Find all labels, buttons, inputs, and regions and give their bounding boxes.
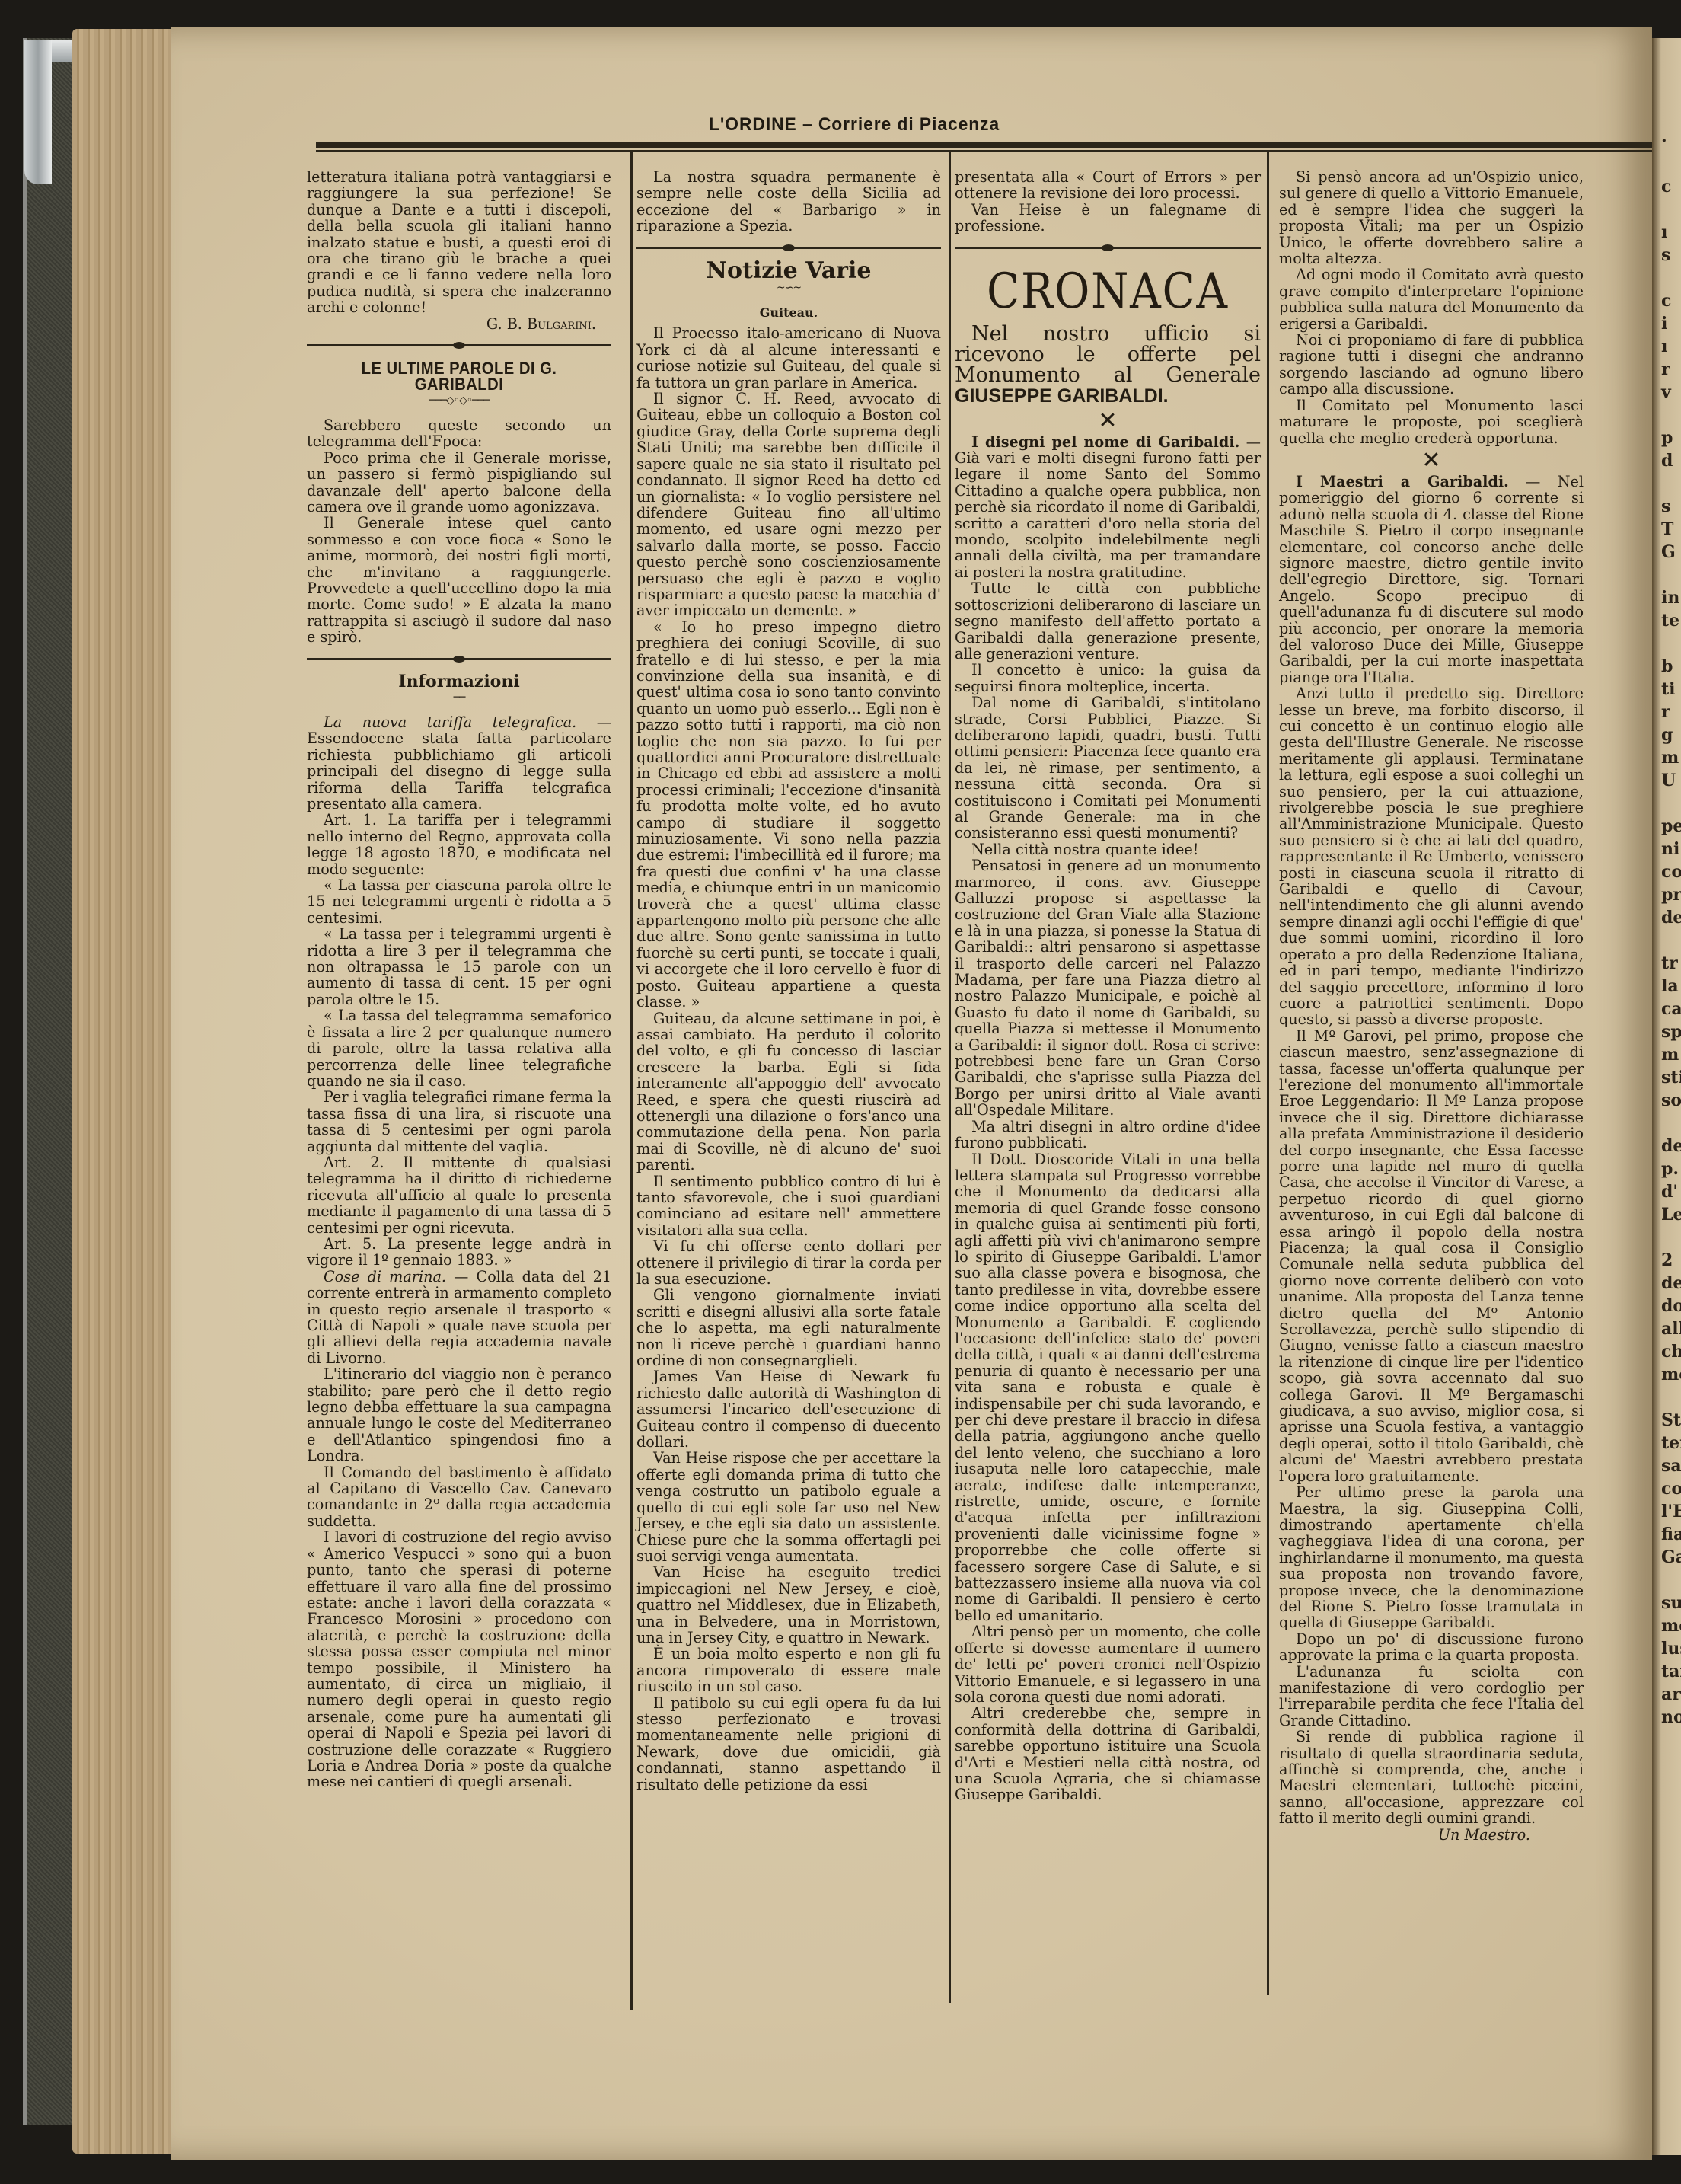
paragraph: Nella città nostra quante idee! (955, 841, 1261, 857)
article-title: LE ULTIME PAROLE DI G. GARIBALDI (319, 360, 599, 393)
paragraph: Il Dott. Dioscoride Vitali in una bella … (955, 1151, 1261, 1624)
section-divider (636, 247, 941, 249)
paragraph: Il Mº Garovi, pel primo, propose che cia… (1279, 1028, 1584, 1484)
column-3: presentata alla « Court of Errors » per … (955, 169, 1261, 1803)
section-title: Informazioni (307, 674, 611, 690)
paragraph: Ma altri disegni in altro ordine d'idee … (955, 1119, 1261, 1151)
section-divider (307, 658, 611, 660)
adjacent-page-edge: · c ı s c i ı r v p d s T G in te b ti r… (1652, 38, 1681, 2155)
paragraph: Art. 5. La presente legge andrà in vigor… (307, 1236, 611, 1269)
paragraph: Altri pensò per un momento, che colle of… (955, 1624, 1261, 1705)
cross-separator-icon: ✕ (955, 410, 1261, 433)
paragraph: « La tassa per i telegrammi urgenti è ri… (307, 926, 611, 1007)
paragraph: « La tassa del telegramma semaforico è f… (307, 1007, 611, 1089)
paragraph: presentata alla « Court of Errors » per … (955, 169, 1261, 202)
paragraph: Il Comando del bastimento è affidato al … (307, 1464, 611, 1530)
paragraph: Gli vengono giornalmente inviati scritti… (636, 1287, 941, 1368)
paragraph: Il sentimento pubblico contro di lui è t… (636, 1173, 941, 1239)
paragraph: Van Heise è un falegname di professione. (955, 202, 1261, 235)
section-divider (307, 344, 611, 346)
column-divider (630, 152, 633, 2010)
paragraph: Dal nome di Garibaldi, s'intitolano stra… (955, 694, 1261, 841)
metal-corner-clip-side (24, 40, 52, 184)
paragraph: La nuova tariffa telegrafica. — Essendoc… (307, 714, 611, 812)
paragraph: Altri crederebbe che, sempre in conformi… (955, 1705, 1261, 1802)
paragraph: Ad ogni modo il Comitato avrà questo gra… (1279, 267, 1584, 332)
column-1: letteratura italiana potrà vantaggiarsi … (307, 169, 611, 1790)
paragraph: Il Generale intese quel canto sommesso e… (307, 515, 611, 645)
section-divider (955, 247, 1261, 249)
ornament: ── (307, 691, 611, 704)
paragraph: Il Proeesso italo-americano di Nuova Yor… (636, 325, 941, 391)
column-divider (949, 152, 951, 2003)
paragraph: L'itinerario del viaggio non è peranco s… (307, 1366, 611, 1464)
paragraph: L'adunanza fu sciolta con manifestazione… (1279, 1664, 1584, 1729)
adjacent-page-text: · c ı s c i ı r v p d s T G in te b ti r… (1661, 129, 1681, 1729)
paragraph: Tutte le città con pubbliche sottoscrizi… (955, 580, 1261, 662)
paragraph: Per ultimo prese la parola una Maestra, … (1279, 1484, 1584, 1631)
paragraph: Cose di marina. — Colla data del 21 corr… (307, 1269, 611, 1366)
header-rule-thick (316, 142, 1652, 148)
article-subtitle: Guiteau. (636, 305, 941, 321)
paragraph: I Maestri a Garibaldi. — Nel pomeriggio … (1279, 474, 1584, 685)
header-rule-thin (316, 150, 1652, 152)
donation-notice: Nel nostro ufficio si ricevono le offert… (955, 324, 1261, 407)
paragraph: Il concetto è unico: la guisa da seguirs… (955, 662, 1261, 694)
paragraph: Noi ci proponiamo di fare di pubblica ra… (1279, 332, 1584, 398)
paragraph: Si rende di pubblica ragione il risultat… (1279, 1729, 1584, 1826)
masthead-title: L'ORDINE – Corriere di Piacenza (709, 114, 1000, 136)
ornament: ───◇◦◇◦─── (307, 394, 611, 407)
paragraph: James Van Heise di Newark fu richiesto d… (636, 1368, 941, 1450)
paragraph: È un boia molto esperto e non gli fu anc… (636, 1646, 941, 1694)
paragraph: Si pensò ancora ad un'Ospizio unico, sul… (1279, 169, 1584, 267)
paragraph: Art. 1. La tariffa per i telegrammi nell… (307, 812, 611, 877)
signature: Un Maestro. (1279, 1827, 1584, 1843)
ornament: ~∽~ (636, 282, 941, 294)
paragraph: Il Comitato pel Monumento lasci maturare… (1279, 398, 1584, 446)
paragraph: « Io ho preso impegno dietro preghiera d… (636, 619, 941, 1011)
column-divider (1267, 152, 1269, 1995)
signature: G. B. Bulgarini. (307, 316, 611, 332)
paragraph: Dopo un po' di discussione furono approv… (1279, 1631, 1584, 1664)
paragraph: Poco prima che il Generale morisse, un p… (307, 450, 611, 516)
paragraph: La nostra squadra permanente è sempre ne… (636, 169, 941, 235)
paragraph: Il patibolo su cui egli opera fu da lui … (636, 1695, 941, 1793)
paragraph: I lavori di costruzione del regio avviso… (307, 1529, 611, 1790)
paragraph: Art. 2. Il mittente di qualsiasi telegra… (307, 1154, 611, 1236)
cross-separator-icon: ✕ (1279, 449, 1584, 472)
page-edges (72, 29, 179, 2154)
paragraph: Per i vaglia telegrafici rimane ferma la… (307, 1089, 611, 1154)
paragraph: Vi fu chi offerse cento dollari per otte… (636, 1238, 941, 1287)
paragraph: Sarebbero queste secondo un telegramma d… (307, 417, 611, 450)
paragraph: letteratura italiana potrà vantaggiarsi … (307, 169, 611, 316)
section-title-cronaca: CRONACA (973, 264, 1242, 319)
paragraph: I disegni pel nome di Garibaldi. — Già v… (955, 434, 1261, 581)
paragraph: Van Heise ha eseguito tredici impiccagio… (636, 1564, 941, 1646)
paragraph: Guiteau, da alcune settimane in poi, è a… (636, 1011, 941, 1173)
paragraph: Il signor C. H. Reed, avvocato di Guitea… (636, 391, 941, 619)
column-4: Si pensò ancora ad un'Ospizio unico, sul… (1279, 169, 1584, 1843)
paragraph: « La tassa per ciascuna parola oltre le … (307, 877, 611, 926)
paragraph: Van Heise rispose che per accettare la o… (636, 1450, 941, 1564)
column-2: La nostra squadra permanente è sempre ne… (636, 169, 941, 1793)
masthead: L'ORDINE – Corriere di Piacenza (316, 114, 1681, 136)
section-title: Notizie Varie (636, 263, 941, 279)
paragraph: Anzi tutto il predetto sig. Direttore le… (1279, 685, 1584, 1028)
paragraph: Pensatosi in genere ad un monumento marm… (955, 857, 1261, 1119)
